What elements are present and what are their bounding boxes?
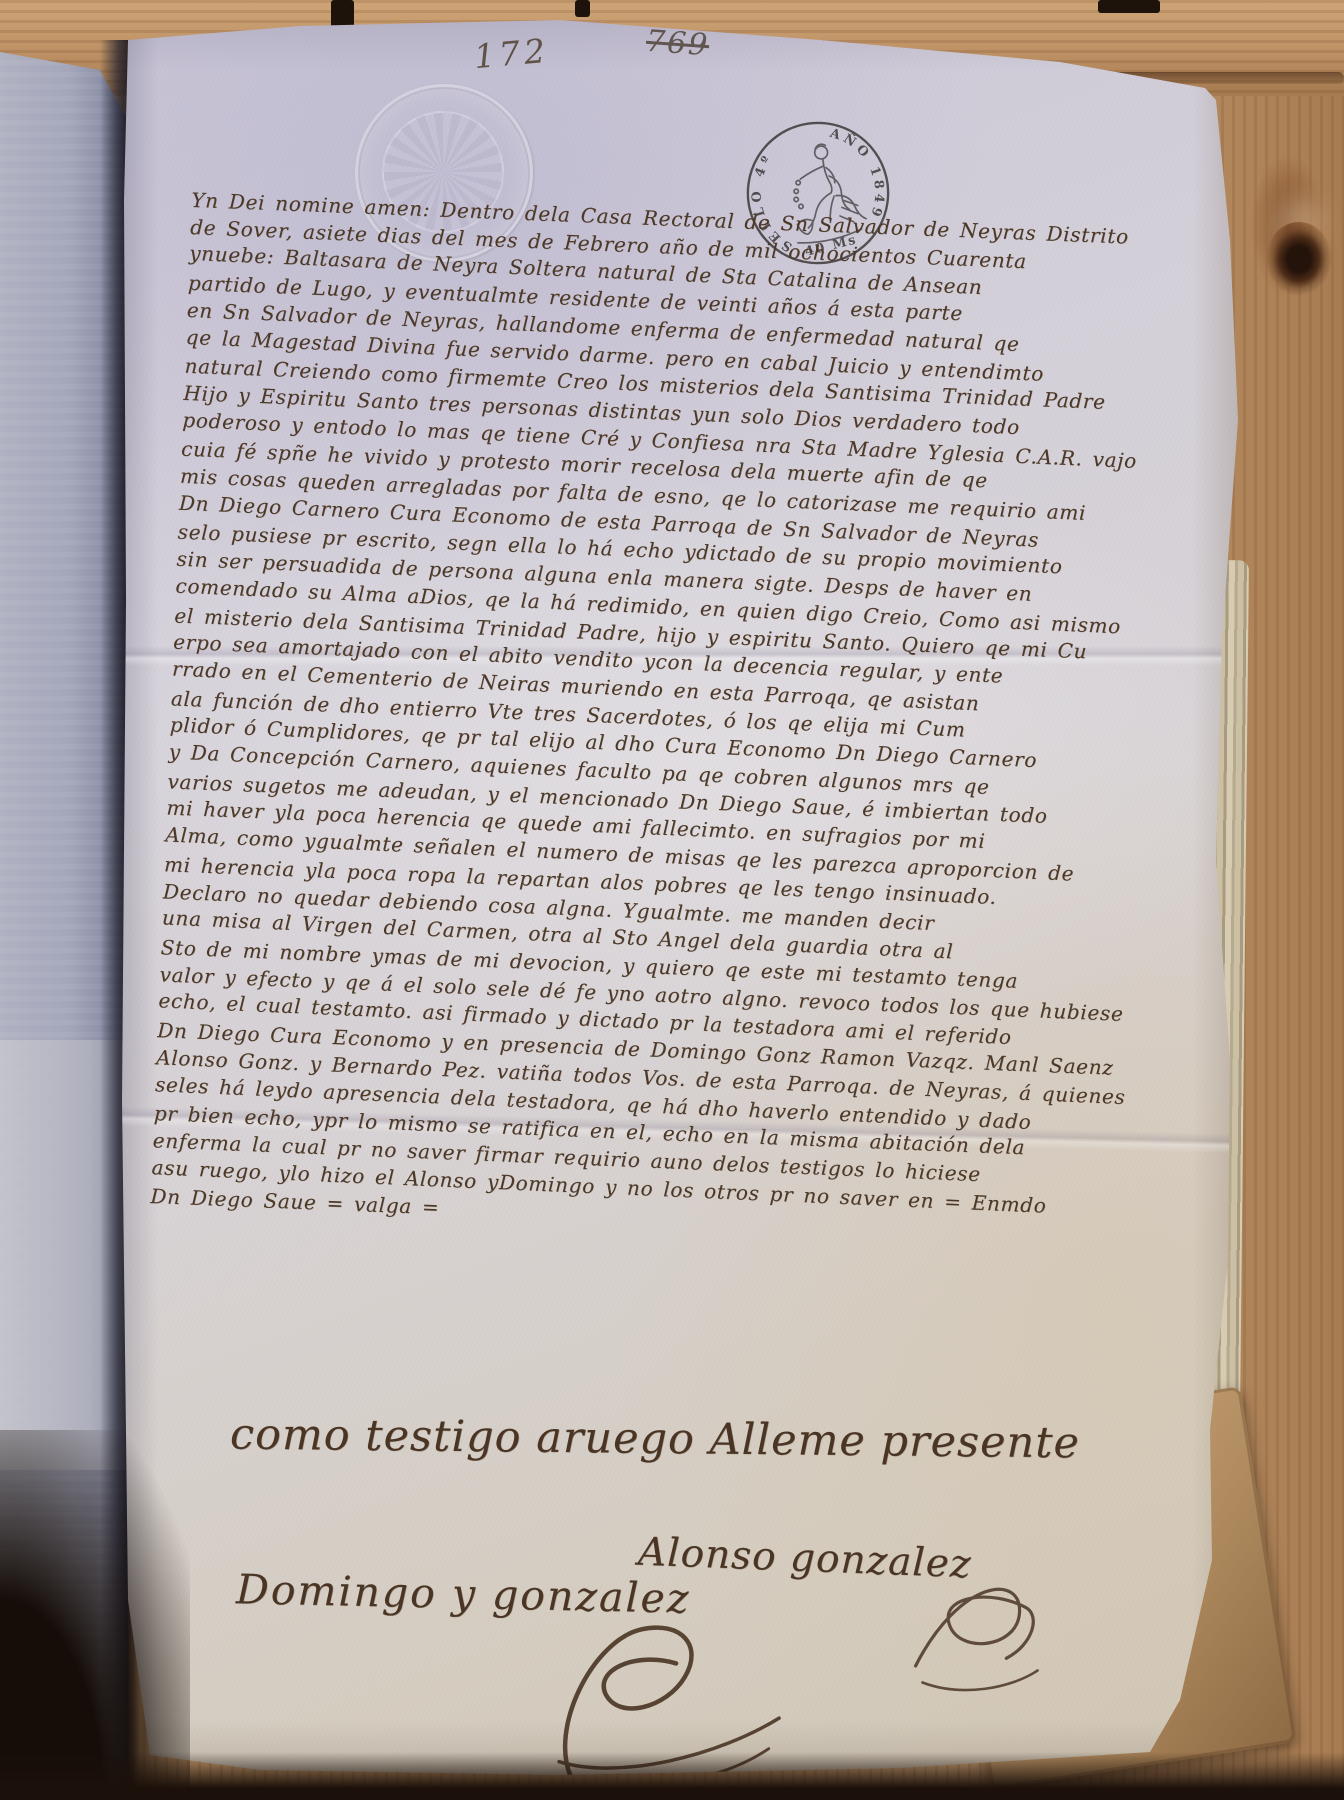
signature-rubric-small [891, 1553, 1057, 1714]
plank-gap [1098, 0, 1160, 13]
photograph-of-manuscript: { "photo": { "folio_number": "172", "cro… [0, 0, 1344, 1800]
manuscript-text: Yn Dei nomine amen: Dentro dela Casa Rec… [150, 186, 1181, 1251]
corner-shadow [0, 1430, 190, 1800]
wood-knot [1266, 222, 1332, 296]
plank-gap [575, 0, 590, 17]
folio-number: 172 [472, 31, 550, 76]
manuscript-page: 172 769 SELLO 4º AÑO 1849 40 Ms [118, 18, 1242, 1780]
attestation-line: como testigo aruego Alleme presente [230, 1410, 1080, 1469]
bottom-shadow [0, 1752, 1344, 1800]
